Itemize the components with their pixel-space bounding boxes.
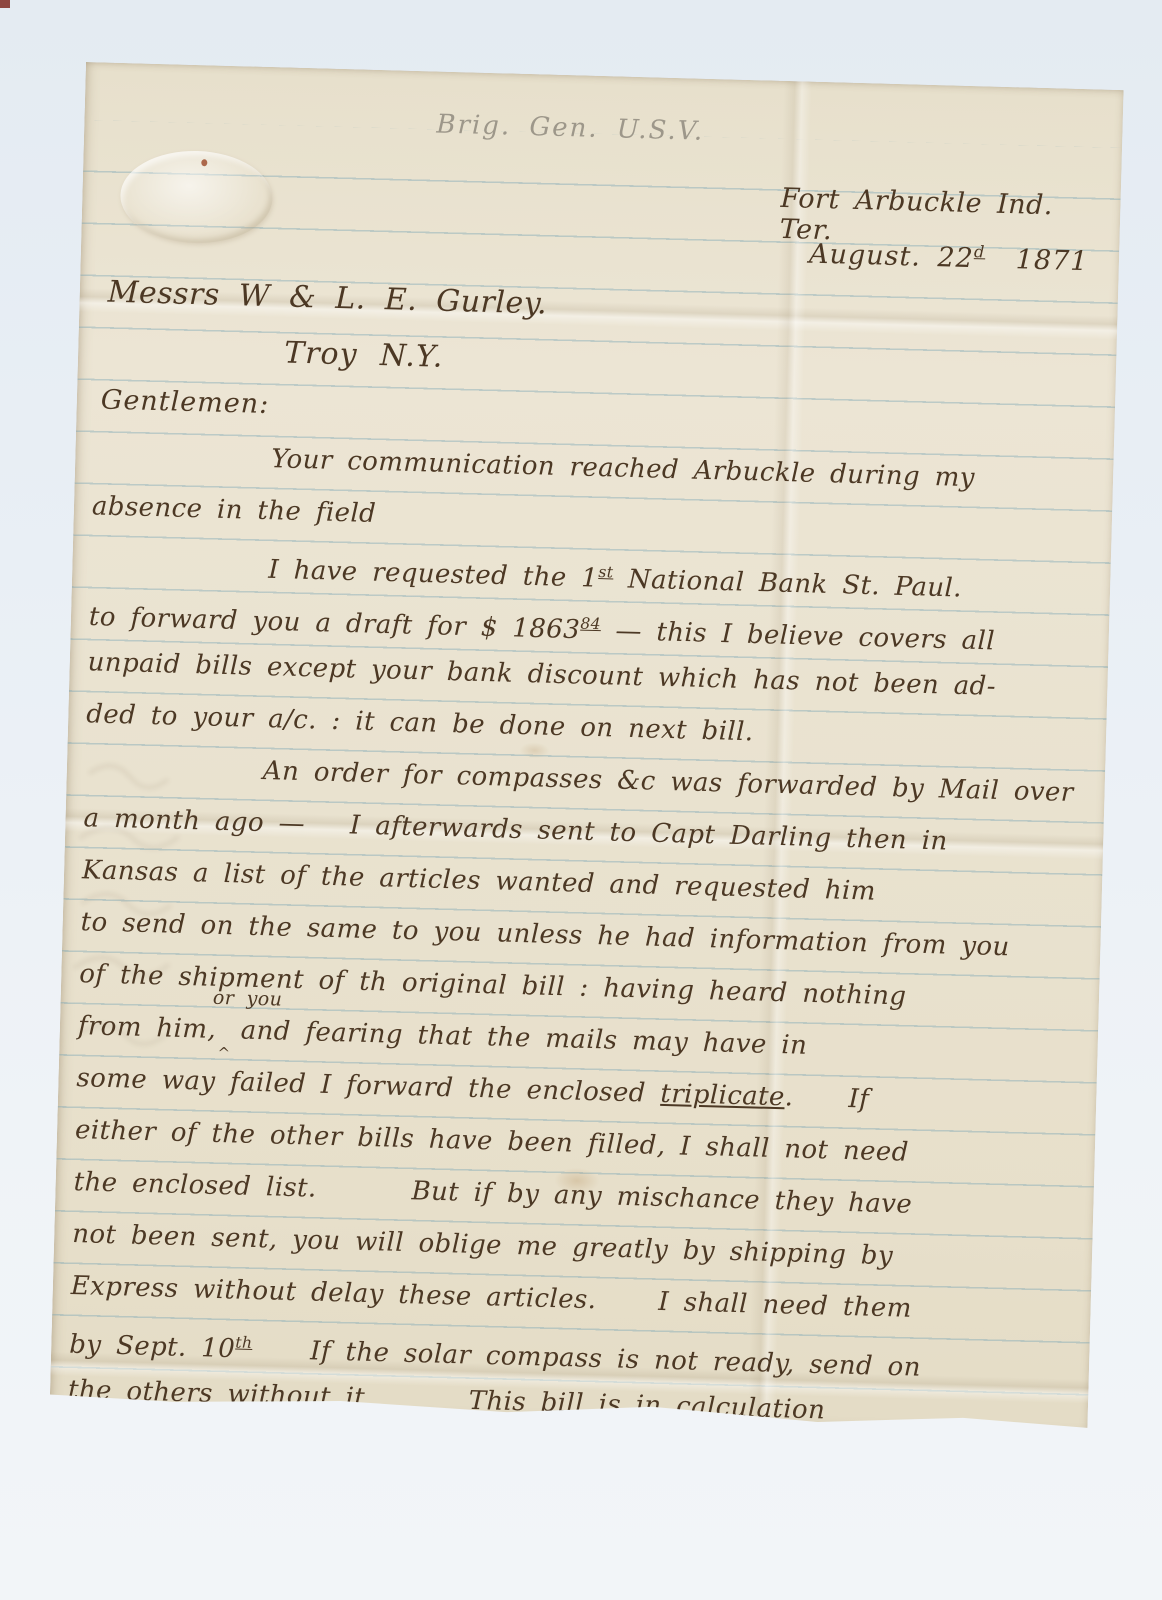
- text-segment: Express without delay these articles.: [70, 1271, 596, 1315]
- text-segment: absence in the field: [92, 491, 377, 529]
- text-segment: th: [235, 1334, 253, 1352]
- text-segment: But if by any mischance they have: [411, 1176, 912, 1220]
- scanner-edge-speck: [0, 0, 10, 8]
- text-segment: National Bank St. Paul.: [613, 564, 962, 603]
- text-segment: .: [784, 1082, 793, 1112]
- date-ordinal: d: [974, 242, 986, 261]
- letter-page: Brig. Gen. U.S.V. Fort Arbuckle Ind. Ter…: [50, 62, 1124, 1431]
- spacing-gap: [316, 1196, 411, 1200]
- recipient-city: Troy N.Y.: [284, 335, 444, 374]
- caret-mark: ^: [217, 1046, 230, 1061]
- text-segment: If: [848, 1084, 870, 1115]
- spacing-gap: [596, 1307, 658, 1310]
- text-segment: ded to your a/c. : it can be done on nex…: [86, 699, 754, 747]
- spacing-gap: [374, 1405, 469, 1409]
- text-segment: Your communication reached Arbuckle duri…: [271, 444, 975, 493]
- text-segment: the others without it.: [68, 1375, 375, 1413]
- date-day: August. 22: [809, 239, 975, 274]
- spacing-gap: [793, 1105, 848, 1107]
- text-segment: st: [598, 563, 614, 581]
- text-segment: by Sept. 10: [69, 1330, 236, 1364]
- text-segment: and fearing that the mails may have in: [226, 1015, 808, 1061]
- spacing-gap: [252, 1357, 310, 1360]
- text-segment: the enclosed list.: [73, 1167, 317, 1204]
- letter-body: Your communication reached Arbuckle duri…: [67, 428, 1095, 1430]
- spacing-gap: [305, 831, 350, 833]
- inserted-text: or you: [213, 989, 283, 1010]
- text-segment: from him,: [78, 1011, 217, 1045]
- dateline-date: August. 22d 1871: [809, 238, 1089, 278]
- text-segment: I shall need them: [658, 1287, 912, 1324]
- text-segment: I have requested the 1: [268, 555, 599, 594]
- pencil-annotation: Brig. Gen. U.S.V.: [436, 110, 705, 147]
- text-segment: triplicate: [660, 1079, 785, 1112]
- date-year: 1871: [1015, 244, 1089, 277]
- text-segment: some way failed I forward the enclosed: [76, 1063, 661, 1109]
- text-segment: — this I believe covers all: [600, 616, 995, 657]
- text-segment: a month ago —: [83, 803, 305, 839]
- text-segment: I afterwards sent to Capt Darling then i…: [350, 810, 948, 856]
- salutation: Gentlemen:: [100, 385, 269, 421]
- text-segment: This bill is in calculation: [468, 1386, 825, 1426]
- embossed-seal: [119, 149, 273, 245]
- recipient-name: Messrs W & L. E. Gurley.: [107, 275, 547, 322]
- text-segment: 84: [580, 615, 601, 634]
